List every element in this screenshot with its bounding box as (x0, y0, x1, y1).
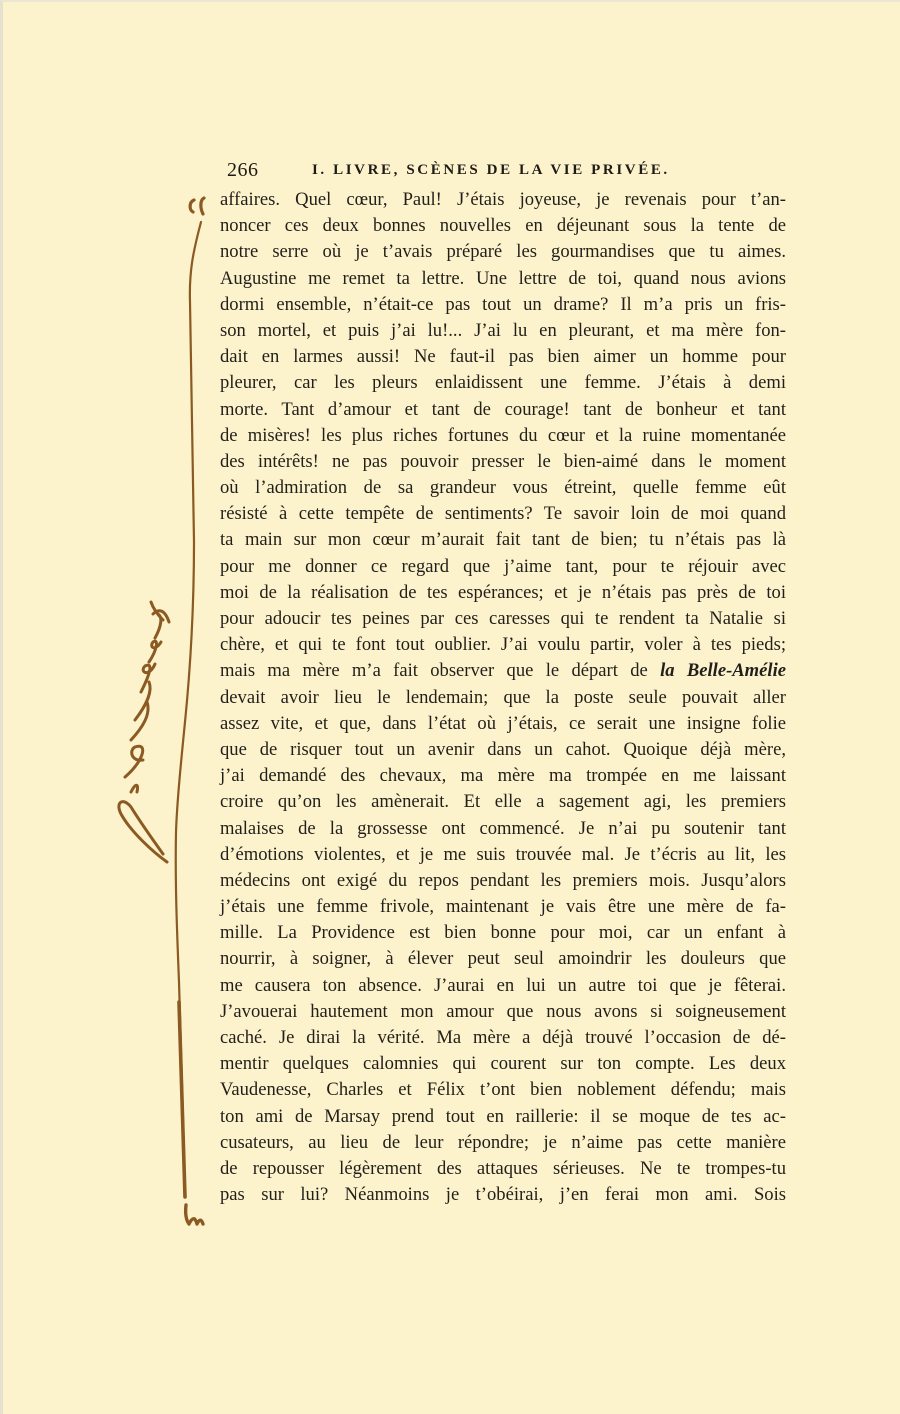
text-line: nourrir, à soigner, à élever peut seul a… (220, 946, 786, 972)
text-line: son mortel, et puis j’ai lu!... J’ai lu … (220, 318, 786, 344)
text-line: ta main sur mon cœur m’aurait fait tant … (220, 527, 786, 553)
text-fragment: mais ma mère m’a fait observer que le dé… (220, 660, 648, 681)
text-line: j’ai demandé des chevaux, ma mère ma tro… (220, 763, 786, 789)
text-line: noncer ces deux bonnes nouvelles en déje… (220, 213, 786, 239)
text-line: médecins ont exigé du repos pendant les … (220, 868, 786, 894)
text-line: pour me donner ce regard que j’aime tant… (220, 554, 786, 580)
text-line: morte. Tant d’amour et tant de courage! … (220, 397, 786, 423)
body-text: affaires. Quel cœur, Paul! J’étais joyeu… (220, 187, 786, 1208)
close-mark-icon (186, 1205, 203, 1224)
open-quote-mark-icon (190, 198, 204, 214)
text-line-with-italic: mais ma mère m’a fait observer que le dé… (220, 658, 786, 684)
text-line: de repousser légèrement des attaques sér… (220, 1156, 786, 1182)
text-line: moi de la réalisation de tes espérances;… (220, 580, 786, 606)
text-line: Augustine me remet ta lettre. Une lettre… (220, 266, 786, 292)
text-line: Vaudenesse, Charles et Félix t’ont bien … (220, 1077, 786, 1103)
text-line: ton ami de Marsay prend tout en railleri… (220, 1104, 786, 1130)
margin-bracket-line (176, 222, 201, 1197)
text-line: croire qu’on les amènerait. Et elle a sa… (220, 789, 786, 815)
text-line: j’étais une femme frivole, maintenant je… (220, 894, 786, 920)
running-head: 266 I. LIVRE, SCÈNES DE LA VIE PRIVÉE. (227, 159, 787, 185)
running-head-title: I. LIVRE, SCÈNES DE LA VIE PRIVÉE. (312, 162, 670, 179)
text-line: assez vite, et que, dans l’état où j’éta… (220, 711, 786, 737)
text-line: mille. La Providence est bien bonne pour… (220, 920, 786, 946)
text-line: que de risquer tout un avenir dans un ca… (220, 737, 786, 763)
text-line: malaises de la grossesse ont commencé. J… (220, 816, 786, 842)
text-line: affaires. Quel cœur, Paul! J’étais joyeu… (220, 187, 786, 213)
text-line: caché. Je dirai la vérité. Ma mère a déj… (220, 1025, 786, 1051)
book-page: 266 I. LIVRE, SCÈNES DE LA VIE PRIVÉE. a… (0, 0, 900, 1414)
text-line: devait avoir lieu le lendemain; que la p… (220, 685, 786, 711)
text-line: pleurer, car les pleurs enlaidissent une… (220, 370, 786, 396)
text-line: chère, et qui te font tout oublier. J’ai… (220, 632, 786, 658)
text-line: J’avouerai hautement mon amour que nous … (220, 999, 786, 1025)
text-line: d’émotions violentes, et je me suis trou… (220, 842, 786, 868)
text-line: résisté à cette tempête de sentiments? T… (220, 501, 786, 527)
text-line: des intérêts! ne pas pouvoir presser le … (220, 449, 786, 475)
text-line: pour adoucir tes peines par ces caresses… (220, 606, 786, 632)
text-line: me causera ton absence. J’aurai en lui u… (220, 973, 786, 999)
text-line: mentir quelques calomnies qui courent su… (220, 1051, 786, 1077)
ship-name-italic: la Belle-Amélie (660, 660, 786, 681)
text-line: dait en larmes aussi! Ne faut-il pas bie… (220, 344, 786, 370)
text-line: dormi ensemble, n’était-ce pas tout un d… (220, 292, 786, 318)
text-line: de misères! les plus riches fortunes du … (220, 423, 786, 449)
text-line: où l’admiration de sa grandeur vous étre… (220, 475, 786, 501)
text-line: pas sur lui? Néanmoins je t’obéirai, j’e… (220, 1182, 786, 1208)
text-line: cusateurs, au lieu de leur répondre; je … (220, 1130, 786, 1156)
text-line: notre serre où je t’avais préparé les go… (220, 239, 786, 265)
marginal-signature-icon (119, 602, 169, 862)
page-number: 266 (227, 159, 259, 182)
